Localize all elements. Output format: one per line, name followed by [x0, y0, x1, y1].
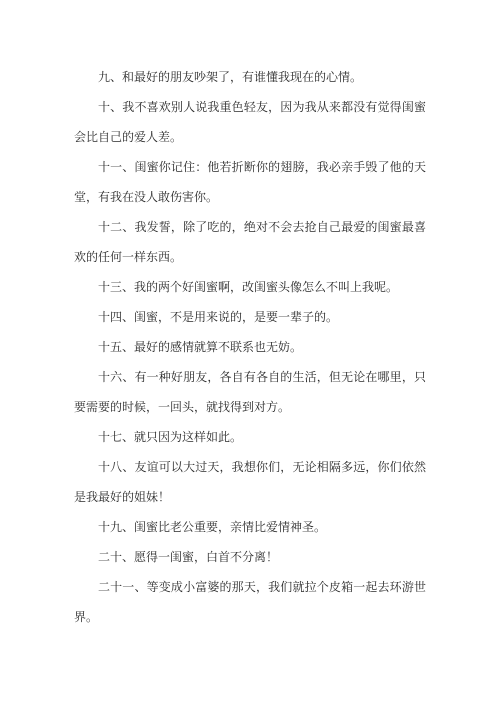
paragraph-12: 二十、愿得一闺蜜，白首不分离！: [74, 542, 426, 572]
paragraph-6: 十四、闺蜜，不是用来说的，是要一辈子的。: [74, 302, 426, 332]
paragraph-4: 十二、我发誓，除了吃的，绝对不会去抢自己最爱的闺蜜最喜欢的任何一样东西。: [74, 212, 426, 272]
paragraph-9: 十七、就只因为这样如此。: [74, 422, 426, 452]
paragraph-10: 十八、友谊可以大过天，我想你们，无论相隔多远，你们依然是我最好的姐妹！: [74, 452, 426, 512]
paragraph-3: 十一、闺蜜你记住：他若折断你的翅膀，我必亲手毁了他的天堂，有我在没人敢伤害你。: [74, 152, 426, 212]
document-page: 九、和最好的朋友吵架了，有谁懂我现在的心情。十、我不喜欢别人说我重色轻友，因为我…: [0, 0, 500, 707]
paragraph-5: 十三、我的两个好闺蜜啊，改闺蜜头像怎么不叫上我呢。: [74, 272, 426, 302]
document-body: 九、和最好的朋友吵架了，有谁懂我现在的心情。十、我不喜欢别人说我重色轻友，因为我…: [0, 0, 500, 632]
paragraph-8: 十六、有一种好朋友，各自有各自的生活，但无论在哪里，只要需要的时候，一回头，就找…: [74, 362, 426, 422]
paragraph-11: 十九、闺蜜比老公重要，亲情比爱情神圣。: [74, 512, 426, 542]
paragraph-7: 十五、最好的感情就算不联系也无妨。: [74, 332, 426, 362]
paragraph-1: 九、和最好的朋友吵架了，有谁懂我现在的心情。: [74, 62, 426, 92]
paragraph-13: 二十一、等变成小富婆的那天，我们就拉个皮箱一起去环游世界。: [74, 572, 426, 632]
paragraph-2: 十、我不喜欢别人说我重色轻友，因为我从来都没有觉得闺蜜会比自己的爱人差。: [74, 92, 426, 152]
